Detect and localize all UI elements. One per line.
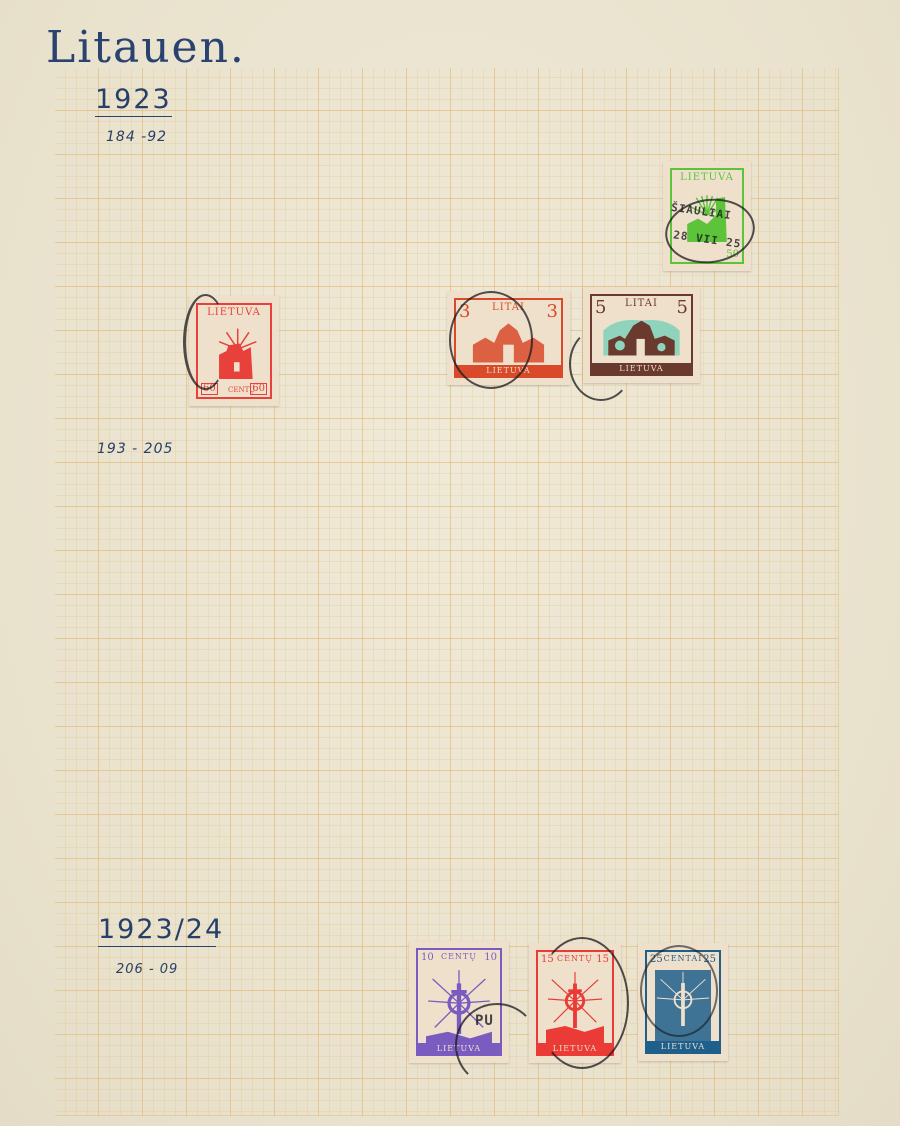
- stamp-value-right: 25: [703, 955, 716, 965]
- stamp-violet-10[interactable]: CENTŲ 10 10 LIETUVA PU: [409, 941, 509, 1063]
- stamp-value-left: 60: [201, 383, 218, 395]
- stamp-value-left: 10: [421, 953, 434, 963]
- castle-landscape-icon: [600, 314, 683, 364]
- stamp-country-bottom: LIETUVA: [456, 365, 561, 376]
- stamp-country: LIETUVA: [680, 172, 734, 183]
- stamp-green-50[interactable]: LIETUVA 50 ŠIAULIAI 28 VII 25: [663, 161, 751, 271]
- stamp-vermilion-3[interactable]: LITAI 3 3 LIETUVA: [447, 291, 570, 385]
- stamp-country-bottom: LIETUVA: [418, 1043, 500, 1054]
- stamp-value-right: 3: [547, 303, 558, 321]
- stamp-value-right: 10: [484, 953, 497, 963]
- stamp-country: LITAI: [492, 302, 525, 313]
- stamp-value: 50: [726, 250, 739, 260]
- stamp-red-60[interactable]: LIETUVA 60 CENTŲ 60: [189, 296, 279, 406]
- stamp-value-left: 5: [595, 299, 606, 317]
- page-title: Litauen.: [46, 22, 246, 73]
- stamp-red-15[interactable]: CENTŲ 15 15 LIETUVA: [529, 943, 621, 1063]
- stamp-brown-5[interactable]: LITAI 5 5 LIETUVA: [583, 287, 700, 383]
- section-year-1923-24: 1923/24: [98, 914, 216, 947]
- catalogue-range-3: 206 - 09: [116, 962, 178, 977]
- stamp-value-right: 5: [677, 299, 688, 317]
- sunrise-ruins-icon: [680, 188, 734, 251]
- stamp-country: LITAI: [625, 298, 658, 309]
- stamp-denomination: CENTŲ: [557, 954, 593, 963]
- stamp-value-right: 15: [596, 955, 609, 965]
- castle-ruins-icon: [206, 323, 262, 388]
- catalogue-range-2: 193 - 205: [97, 441, 173, 457]
- stamp-blue-25[interactable]: CENTAI 25 25 LIETUVA: [638, 943, 728, 1061]
- album-page: Litauen. 1923 184 -92 193 - 205 1923/24 …: [0, 0, 900, 1126]
- stamp-denomination: CENTAI: [664, 954, 703, 963]
- stamp-country: LIETUVA: [207, 307, 261, 318]
- stamp-value-right: 60: [250, 383, 267, 395]
- catalogue-range-1: 184 -92: [106, 129, 167, 145]
- cross-of-lorraine-sunburst-icon: [655, 970, 711, 1045]
- stamp-value-left: 25: [650, 955, 663, 965]
- city-view-icon: [464, 318, 553, 371]
- stamp-value-left: 3: [459, 303, 470, 321]
- cross-of-lorraine-sunburst-icon: [546, 970, 604, 1047]
- stamp-country-bottom: LIETUVA: [592, 363, 691, 374]
- stamp-country-bottom: LIETUVA: [647, 1041, 719, 1052]
- stamp-value-left: 15: [541, 955, 554, 965]
- stamp-denomination: CENTŲ: [441, 952, 477, 961]
- section-year-1923: 1923: [95, 84, 172, 117]
- stamp-country-bottom: LIETUVA: [538, 1043, 612, 1054]
